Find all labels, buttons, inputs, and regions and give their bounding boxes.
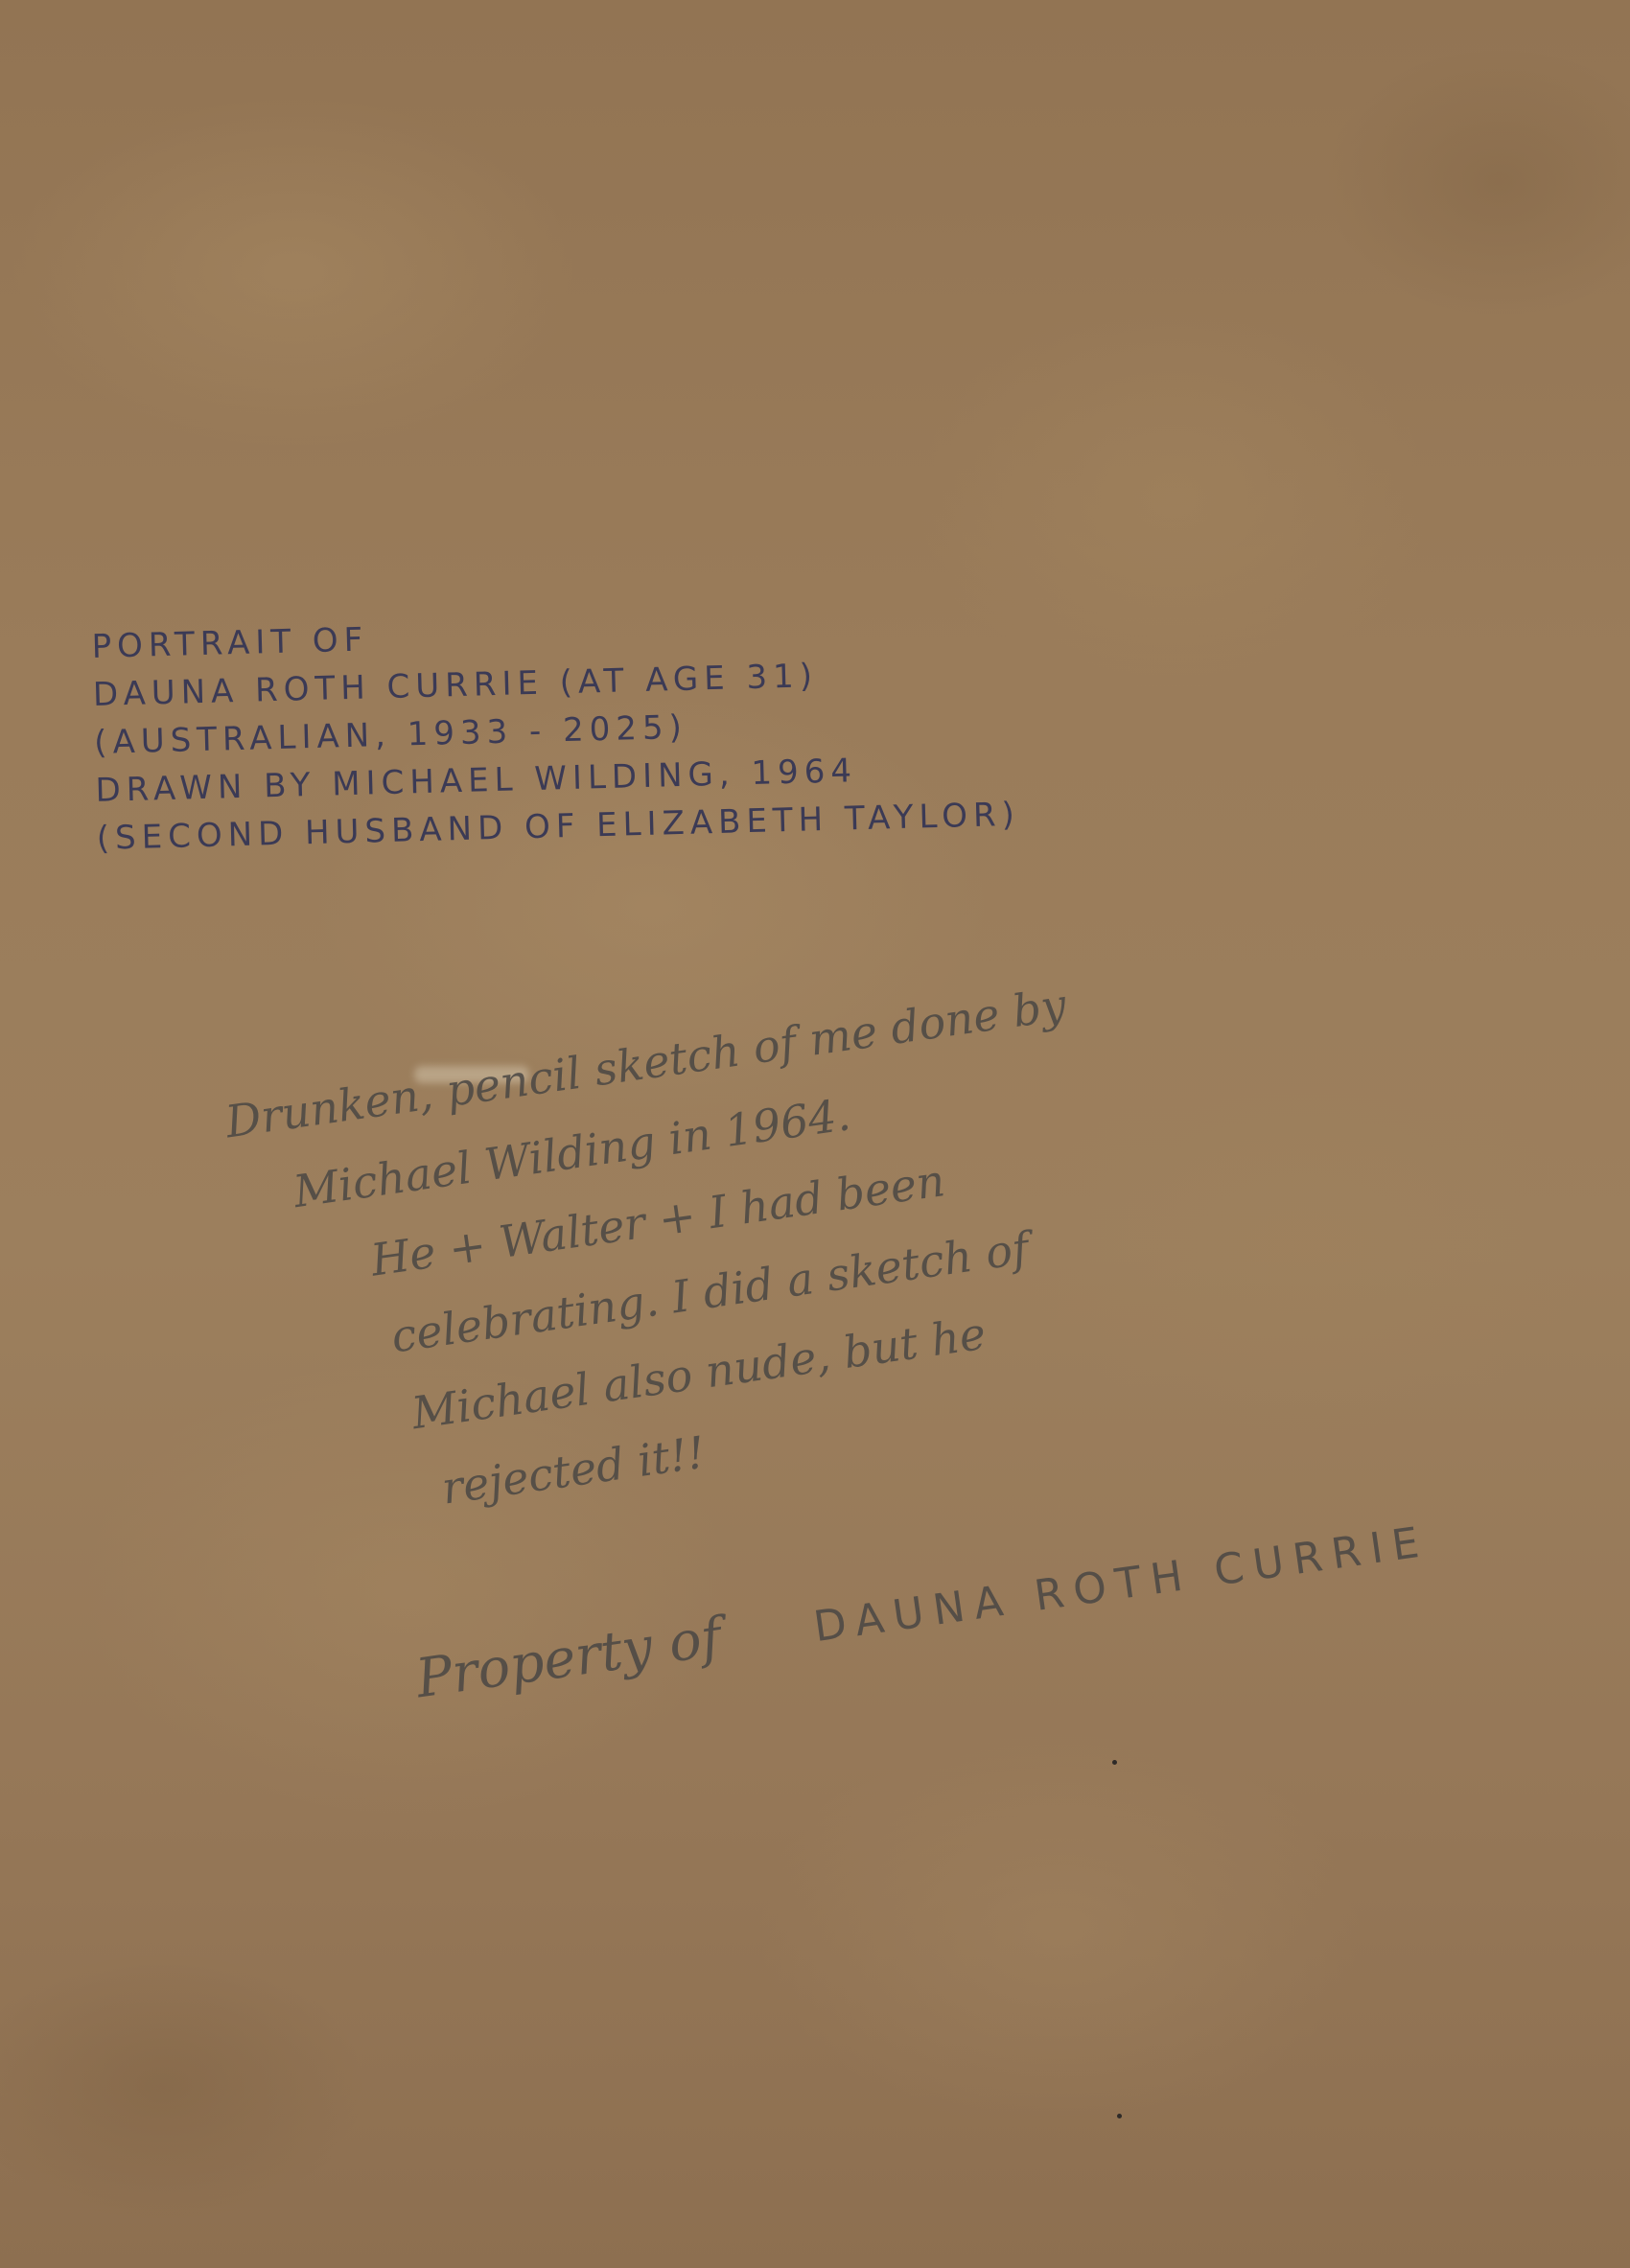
ink-speck bbox=[1112, 1760, 1117, 1765]
ink-speck bbox=[1117, 2114, 1122, 2118]
block-capital-inscription: PORTRAIT OF DAUNA ROTH CURRIE (AT AGE 31… bbox=[91, 588, 1439, 863]
